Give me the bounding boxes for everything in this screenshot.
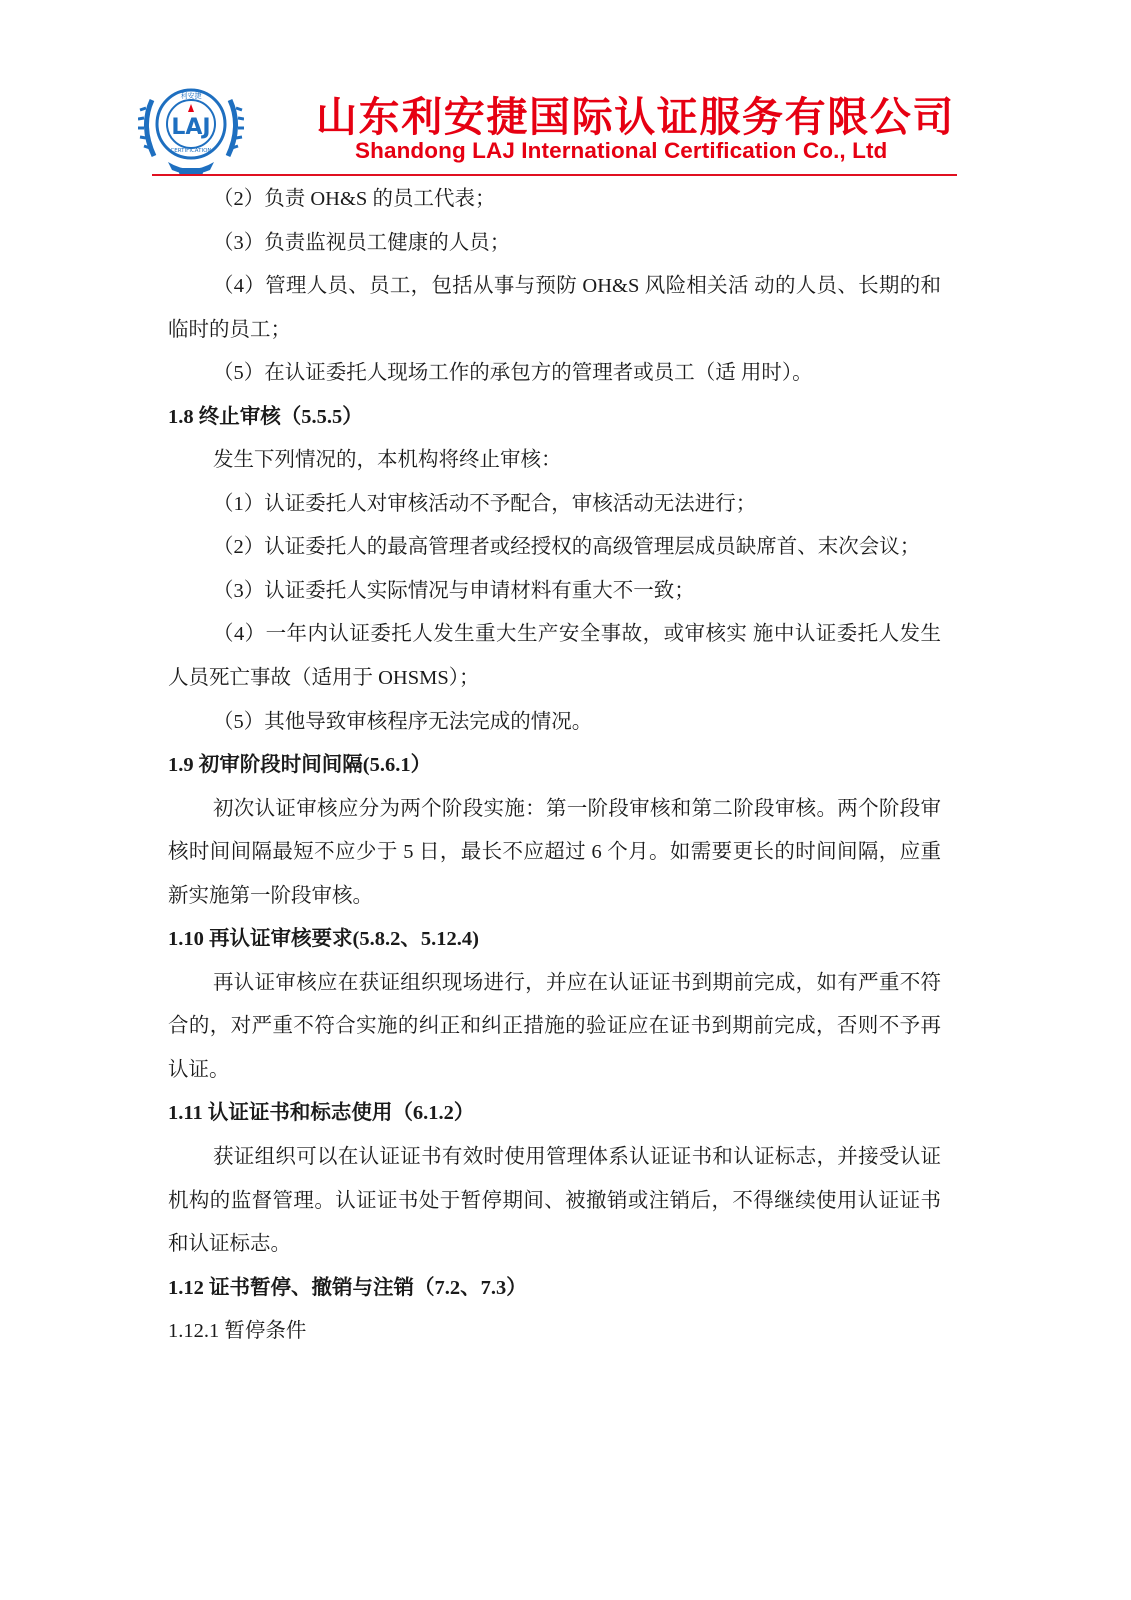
list-item: （2）认证委托人的最高管理者或经授权的高级管理层成员缺席首、末次会议；	[168, 526, 941, 570]
section-lead: 发生下列情况的，本机构将终止审核：	[168, 439, 941, 483]
svg-text:利安捷: 利安捷	[181, 91, 202, 100]
company-name-chinese: 山东利安捷国际认证服务有限公司	[316, 84, 956, 143]
document-body: （2）负责 OH&S 的员工代表； （3）负责监视员工健康的人员； （4）管理人…	[168, 178, 941, 1354]
svg-text:CERTIFICATION: CERTIFICATION	[170, 148, 211, 154]
list-item: （3）认证委托人实际情况与申请材料有重大不一致；	[168, 570, 941, 614]
letterhead: 利安捷 LAJ CERTIFICATION 山东利安捷国际认证服务有限公司 Sh…	[0, 0, 1131, 180]
paragraph: 再认证审核应在获证组织现场进行，并应在认证证书到期前完成，如有严重不符合的，对严…	[168, 962, 941, 1093]
list-item: （5）其他导致审核程序无法完成的情况。	[168, 701, 941, 745]
list-item: （1）认证委托人对审核活动不予配合，审核活动无法进行；	[168, 483, 941, 527]
list-item: （2）负责 OH&S 的员工代表；	[168, 178, 941, 222]
company-name-english: Shandong LAJ International Certification…	[355, 138, 935, 164]
svg-text:LAJ: LAJ	[171, 115, 210, 140]
list-item: （4）一年内认证委托人发生重大生产安全事故，或审核实 施中认证委托人发生人员死亡…	[168, 613, 941, 700]
section-heading-1-8: 1.8 终止审核（5.5.5）	[168, 396, 941, 440]
section-heading-1-9: 1.9 初审阶段时间间隔(5.6.1）	[168, 744, 941, 788]
laj-certification-logo-icon: 利安捷 LAJ CERTIFICATION	[138, 78, 244, 176]
list-item: （5）在认证委托人现场工作的承包方的管理者或员工（适 用时）。	[168, 352, 941, 396]
section-heading-1-12: 1.12 证书暂停、撤销与注销（7.2、7.3）	[168, 1267, 941, 1311]
paragraph: 初次认证审核应分为两个阶段实施：第一阶段审核和第二阶段审核。两个阶段审核时间间隔…	[168, 788, 941, 919]
subsection-heading-1-12-1: 1.12.1 暂停条件	[168, 1310, 941, 1354]
list-item: （4）管理人员、员工，包括从事与预防 OH&S 风险相关活 动的人员、长期的和临…	[168, 265, 941, 352]
header-divider	[152, 174, 957, 176]
list-item: （3）负责监视员工健康的人员；	[168, 222, 941, 266]
section-heading-1-10: 1.10 再认证审核要求(5.8.2、5.12.4)	[168, 918, 941, 962]
section-heading-1-11: 1.11 认证证书和标志使用（6.1.2）	[168, 1092, 941, 1136]
paragraph: 获证组织可以在认证证书有效时使用管理体系认证证书和认证标志，并接受认证机构的监督…	[168, 1136, 941, 1267]
